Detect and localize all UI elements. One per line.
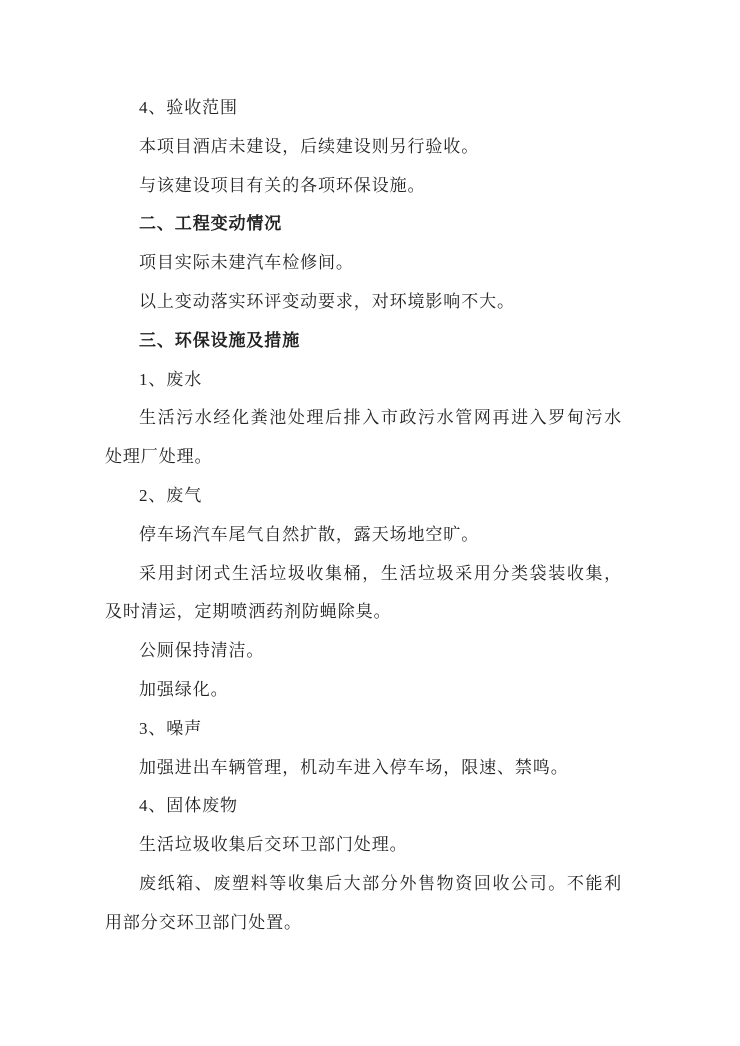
paragraph: 公厕保持清洁。: [105, 632, 622, 671]
paragraph: 加强绿化。: [105, 671, 622, 710]
paragraph: 采用封闭式生活垃圾收集桶，生活垃圾采用分类袋装收集，及时清运，定期喷洒药剂防蝇除…: [105, 555, 622, 633]
paragraph: 与该建设项目有关的各项环保设施。: [105, 167, 622, 206]
paragraph: 加强进出车辆管理，机动车进入停车场，限速、禁鸣。: [105, 749, 622, 788]
paragraph: 本项目酒店未建设，后续建设则另行验收。: [105, 128, 622, 167]
paragraph: 项目实际未建汽车检修间。: [105, 244, 622, 283]
paragraph: 3、噪声: [105, 710, 622, 749]
paragraph: 1、废水: [105, 361, 622, 400]
document-page: 4、验收范围本项目酒店未建设，后续建设则另行验收。与该建设项目有关的各项环保设施…: [0, 0, 740, 1046]
paragraph: 2、废气: [105, 477, 622, 516]
paragraph: 4、验收范围: [105, 89, 622, 128]
paragraph: 以上变动落实环评变动要求，对环境影响不大。: [105, 283, 622, 322]
paragraph: 生活垃圾收集后交环卫部门处理。: [105, 826, 622, 865]
section-heading: 二、工程变动情况: [105, 205, 622, 244]
paragraph: 停车场汽车尾气自然扩散，露天场地空旷。: [105, 516, 622, 555]
paragraph: 4、固体废物: [105, 787, 622, 826]
section-heading: 三、环保设施及措施: [105, 322, 622, 361]
paragraph: 生活污水经化粪池处理后排入市政污水管网再进入罗甸污水处理厂处理。: [105, 399, 622, 477]
document-content: 4、验收范围本项目酒店未建设，后续建设则另行验收。与该建设项目有关的各项环保设施…: [105, 89, 622, 943]
paragraph: 废纸箱、废塑料等收集后大部分外售物资回收公司。不能利用部分交环卫部门处置。: [105, 865, 622, 943]
